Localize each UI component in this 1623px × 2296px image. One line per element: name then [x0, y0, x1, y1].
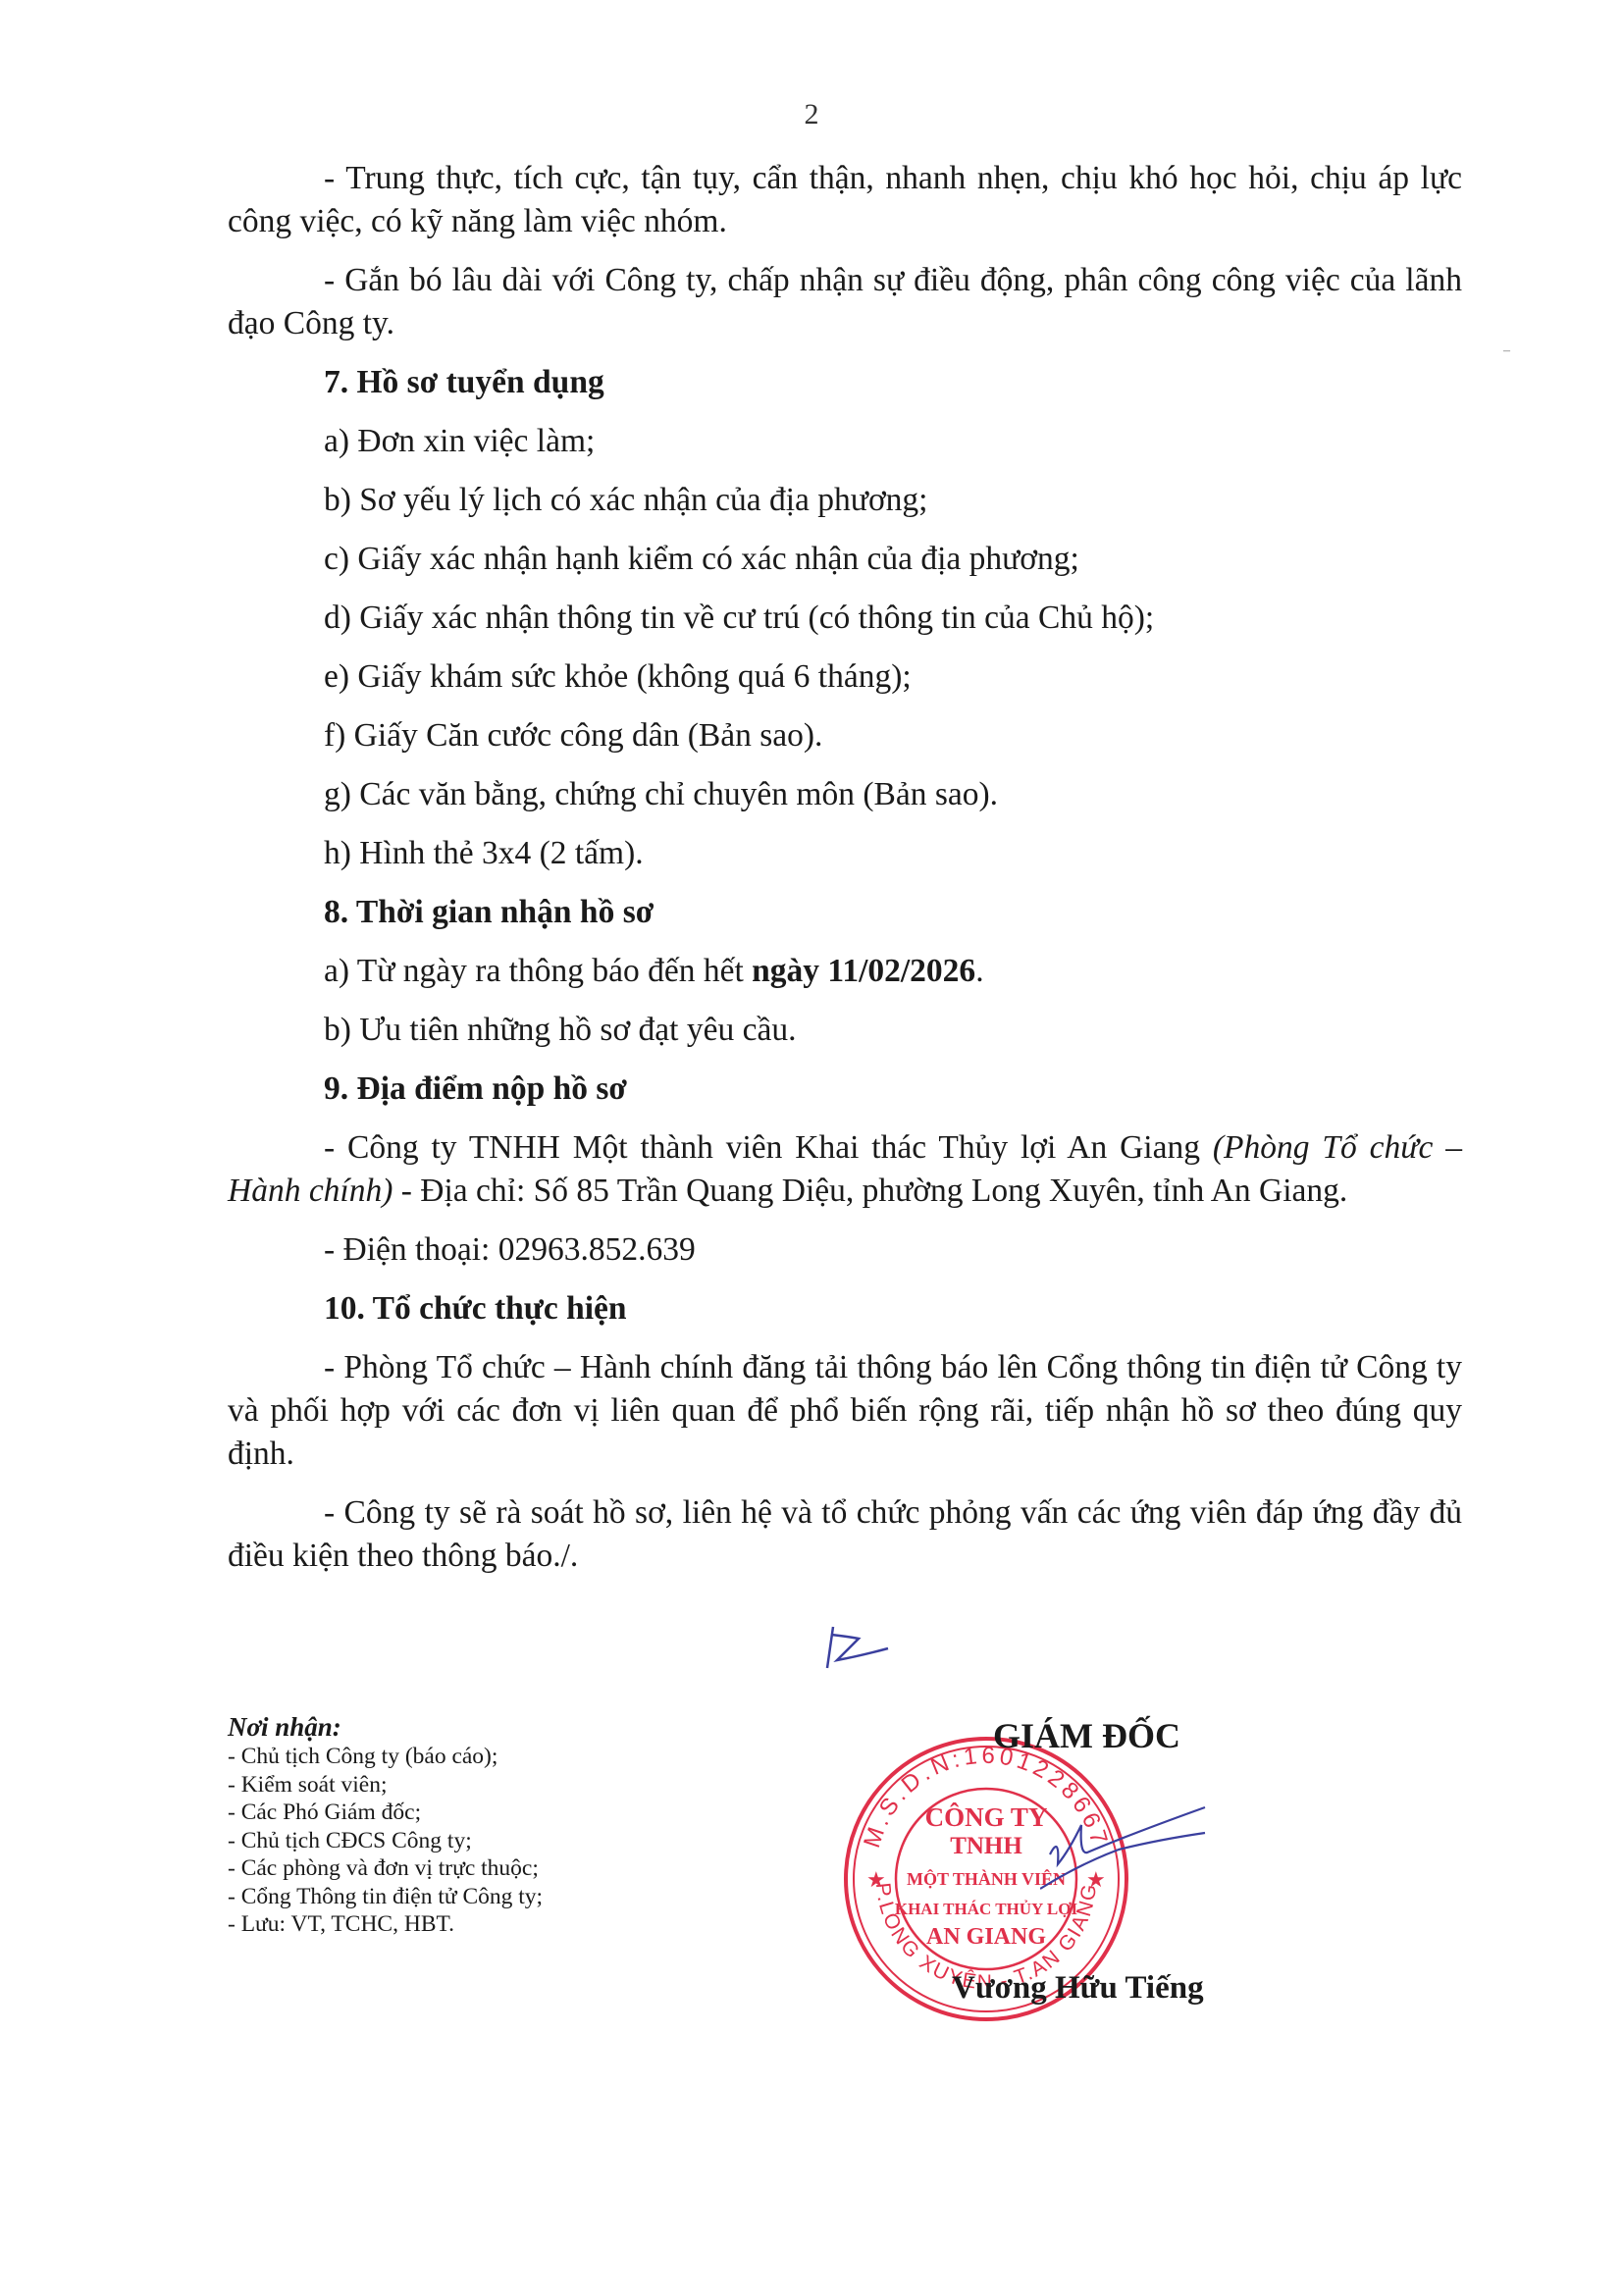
signatory-name: Vương Hữu Tiếng	[952, 1970, 1204, 2007]
address-suffix: - Địa chỉ: Số 85 Trần Quang Diệu, phường…	[393, 1173, 1347, 1209]
address-prefix: - Công ty TNHH Một thành viên Khai thác …	[324, 1129, 1213, 1166]
list-item: e) Giấy khám sức khỏe (không quá 6 tháng…	[324, 655, 1462, 699]
svg-text:★: ★	[866, 1868, 886, 1893]
recipient-item: - Kiểm soát viên;	[228, 1771, 543, 1800]
initial-signature-icon	[819, 1617, 917, 1676]
deadline-suffix: .	[975, 953, 983, 989]
section-8-heading: 8. Thời gian nhận hồ sơ	[324, 891, 1462, 934]
recipient-item: - Chủ tịch CĐCS Công ty;	[228, 1827, 543, 1855]
list-item: d) Giấy xác nhận thông tin về cư trú (có…	[324, 597, 1462, 640]
list-item: c) Giấy xác nhận hạnh kiểm có xác nhận c…	[324, 538, 1462, 581]
document-body: - Trung thực, tích cực, tận tụy, cẩn thậ…	[228, 157, 1462, 1593]
recipient-item: - Chủ tịch Công ty (báo cáo);	[228, 1743, 543, 1771]
deadline-prefix: a) Từ ngày ra thông báo đến hết	[324, 953, 752, 989]
signatory-title: GIÁM ĐỐC	[993, 1715, 1180, 1756]
page-number: 2	[0, 98, 1623, 131]
recipient-item: - Các phòng và đơn vị trực thuộc;	[228, 1854, 543, 1883]
address-paragraph: - Công ty TNHH Một thành viên Khai thác …	[228, 1126, 1462, 1213]
list-item: g) Các văn bằng, chứng chỉ chuyên môn (B…	[324, 773, 1462, 816]
list-item: h) Hình thẻ 3x4 (2 tấm).	[324, 832, 1462, 875]
stamp-line-1: CÔNG TY	[925, 1802, 1048, 1832]
recipients-block: Nơi nhận: - Chủ tịch Công ty (báo cáo); …	[228, 1711, 543, 1939]
section-10-heading: 10. Tổ chức thực hiện	[324, 1287, 1462, 1331]
deadline-item: a) Từ ngày ra thông báo đến hết ngày 11/…	[324, 950, 1462, 993]
section-9-heading: 9. Địa điểm nộp hồ sơ	[324, 1068, 1462, 1111]
stamp-line-5: AN GIANG	[926, 1924, 1046, 1950]
stamp-line-2: TNHH	[950, 1833, 1022, 1859]
list-item: f) Giấy Căn cước công dân (Bản sao).	[324, 714, 1462, 757]
deadline-date: ngày 11/02/2026	[752, 953, 975, 989]
priority-item: b) Ưu tiên những hồ sơ đạt yêu cầu.	[324, 1009, 1462, 1052]
list-item: a) Đơn xin việc làm;	[324, 420, 1462, 463]
director-signature-icon	[1040, 1796, 1207, 1913]
implementation-paragraph-2: - Công ty sẽ rà soát hồ sơ, liên hệ và t…	[228, 1491, 1462, 1578]
scan-mark: –	[1503, 343, 1510, 359]
section-7-heading: 7. Hồ sơ tuyển dụng	[324, 361, 1462, 404]
recipient-item: - Cổng Thông tin điện tử Công ty;	[228, 1883, 543, 1911]
paragraph-commitment: - Gắn bó lâu dài với Công ty, chấp nhận …	[228, 259, 1462, 345]
recipient-item: - Các Phó Giám đốc;	[228, 1799, 543, 1827]
implementation-paragraph-1: - Phòng Tổ chức – Hành chính đăng tải th…	[228, 1346, 1462, 1476]
phone-paragraph: - Điện thoại: 02963.852.639	[228, 1228, 1462, 1272]
recipients-title: Nơi nhận:	[228, 1711, 543, 1743]
paragraph-qualities: - Trung thực, tích cực, tận tụy, cẩn thậ…	[228, 157, 1462, 243]
recipient-item: - Lưu: VT, TCHC, HBT.	[228, 1910, 543, 1939]
list-item: b) Sơ yếu lý lịch có xác nhận của địa ph…	[324, 479, 1462, 522]
